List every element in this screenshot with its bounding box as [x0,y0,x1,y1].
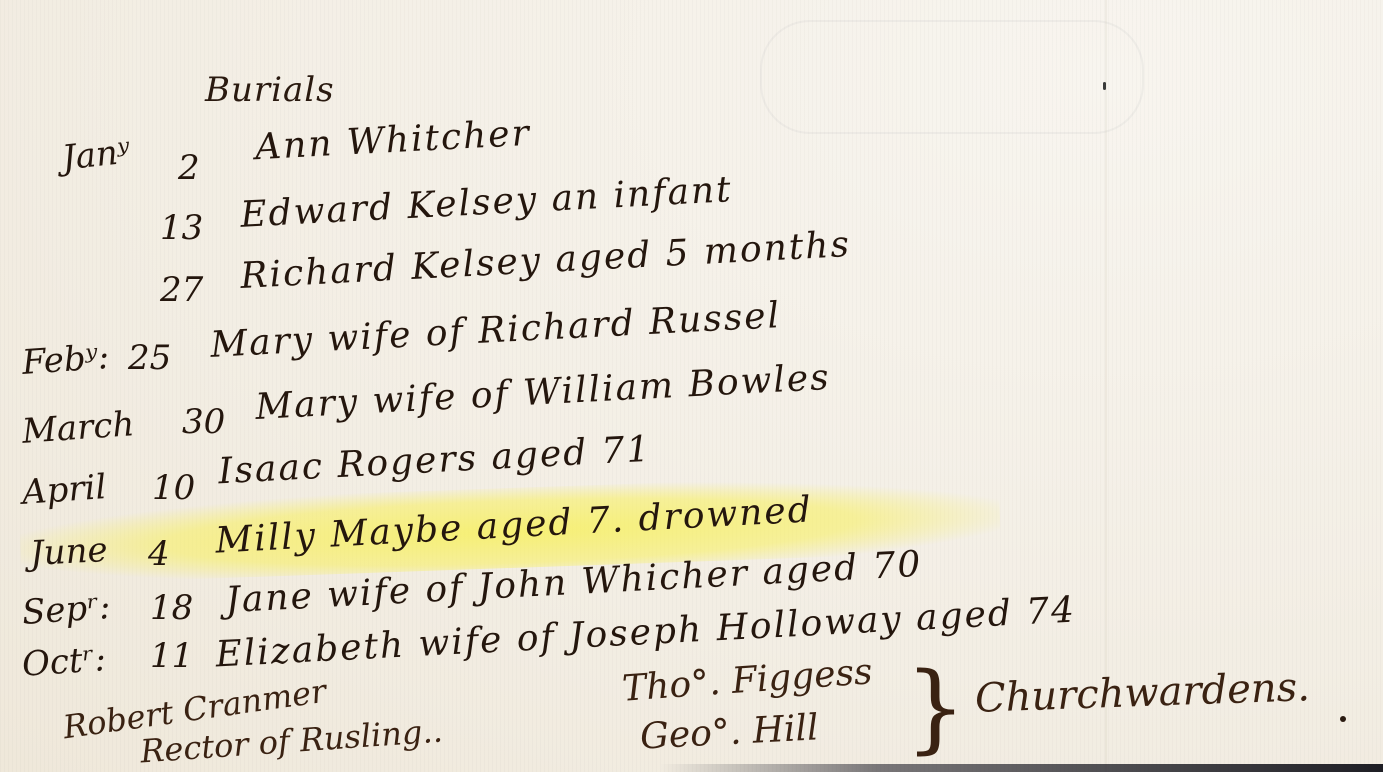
bleed-through-stamp [760,20,1144,134]
entry-day: 2 [178,148,200,188]
entry-day: 10 [152,468,195,508]
entry-month: Sepʳ: [21,587,112,633]
scan-bottom-edge [660,764,1383,772]
entry-day: 30 [182,402,225,442]
entry-day: 25 [128,338,171,378]
ink-dot [1340,716,1346,722]
grouping-brace: } [905,660,966,756]
entry-month: Janʸ [60,132,132,179]
register-heading: Burials [205,70,335,110]
entry-month: March [21,404,136,452]
entry-month: Febʸ: [21,337,111,383]
entry-day: 11 [150,636,193,676]
entry-day: 18 [150,588,193,628]
entry-day: 13 [160,208,203,248]
entry-month: April [21,467,108,513]
ink-speck [1103,82,1106,90]
paper-fold-line [1105,0,1107,772]
entry-day: 4 [148,534,170,574]
entry-month: Octʳ: [21,639,107,685]
entry-day: 27 [160,270,203,310]
entry-month: June [29,530,109,574]
